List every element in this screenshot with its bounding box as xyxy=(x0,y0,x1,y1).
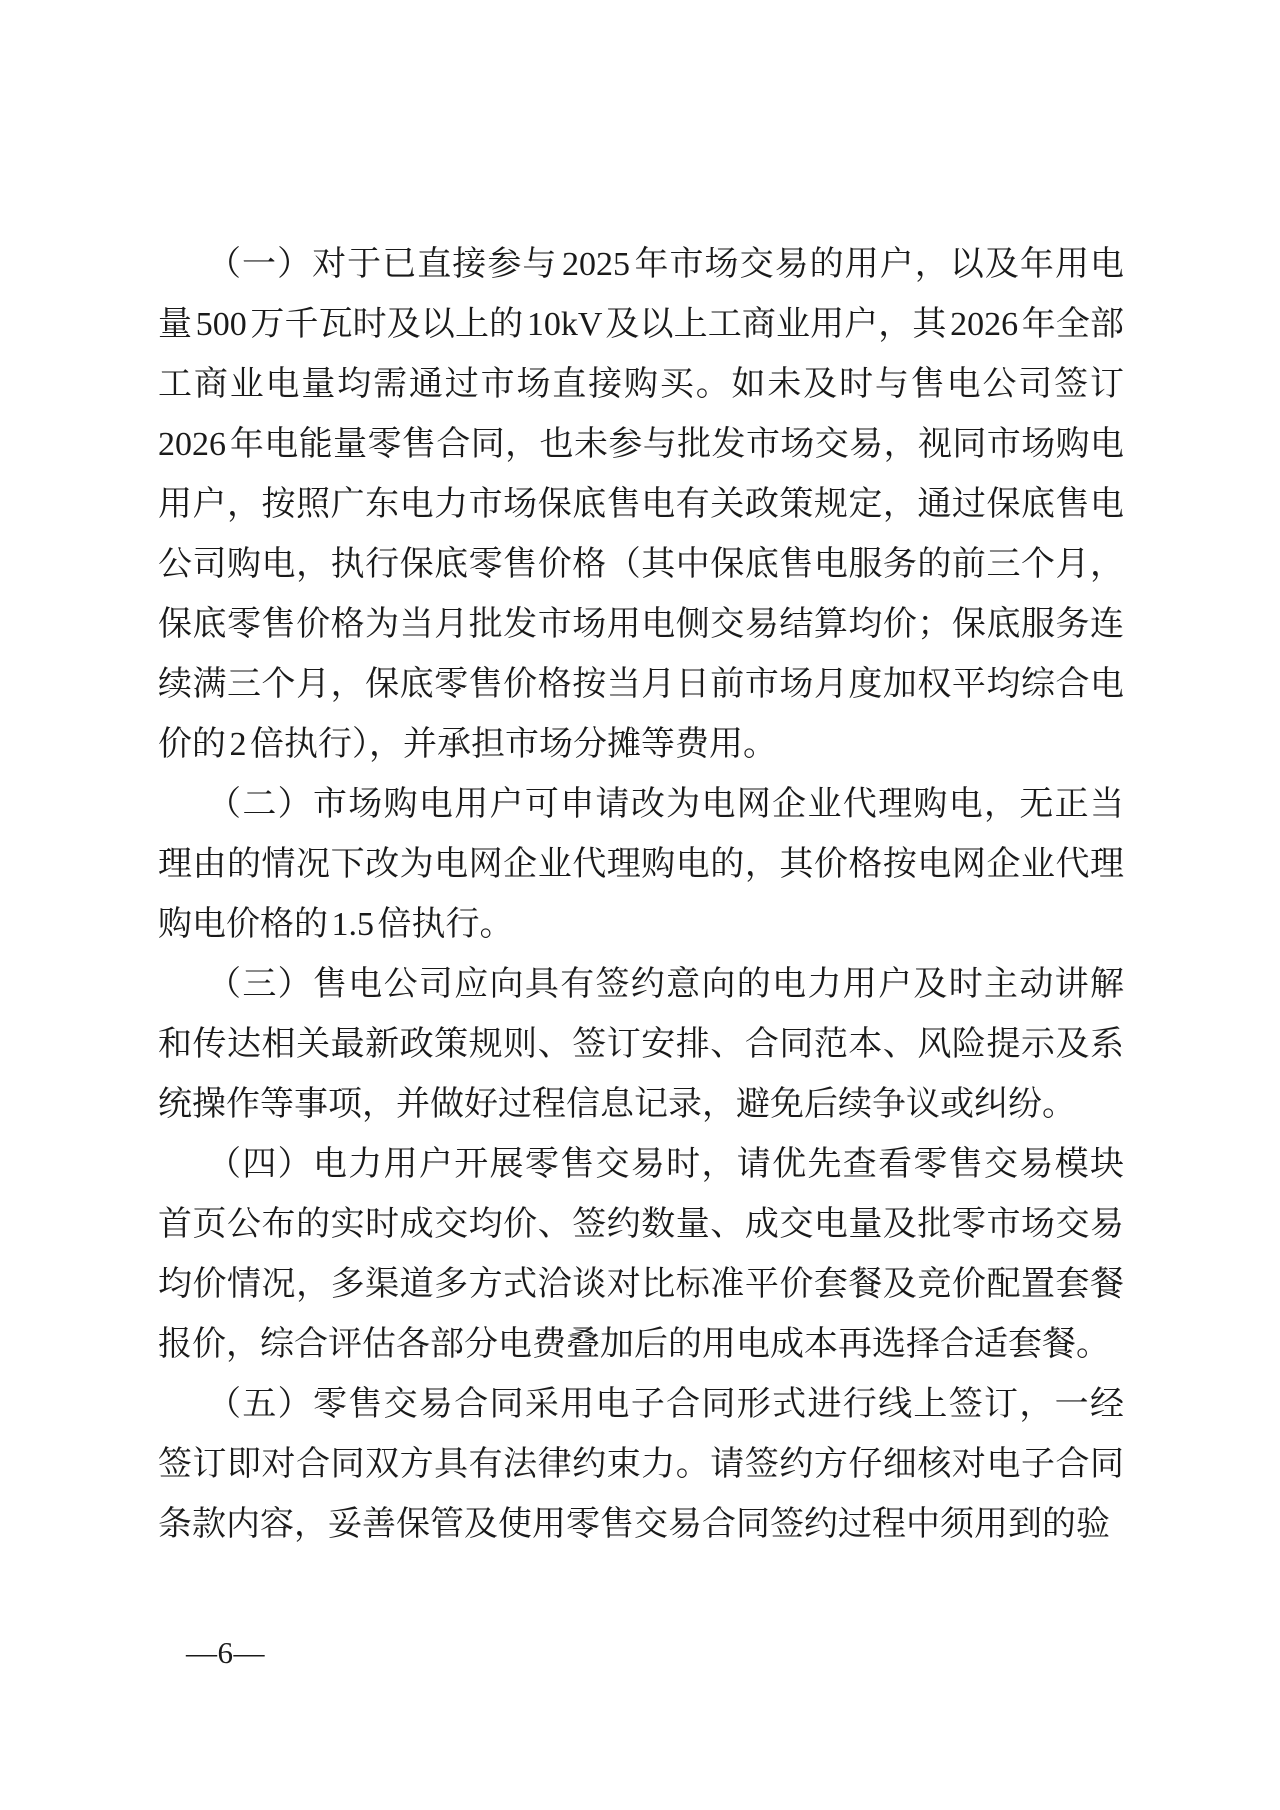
paragraph-clause-5: （五）零售交易合同采用电子合同形式进行线上签订，一经签订即对合同双方具有法律约束… xyxy=(158,1375,1124,1555)
document-body: （一）对于已直接参与 2025 年市场交易的用户，以及年用电量 500 万千瓦时… xyxy=(158,235,1124,1555)
text-line: 工商业电量均需通过市场直接购买。如未及时与售电公司签订 xyxy=(158,355,1124,415)
text-line: 均价情况，多渠道多方式洽谈对比标准平价套餐及竞价配置套餐 xyxy=(158,1255,1124,1315)
text-line: 理由的情况下改为电网企业代理购电的，其价格按电网企业代理 xyxy=(158,835,1124,895)
paragraph-clause-1: （一）对于已直接参与 2025 年市场交易的用户，以及年用电量 500 万千瓦时… xyxy=(158,235,1124,775)
paragraph-clause-2: （二）市场购电用户可申请改为电网企业代理购电，无正当理由的情况下改为电网企业代理… xyxy=(158,775,1124,955)
text-line: 首页公布的实时成交均价、签约数量、成交电量及批零市场交易 xyxy=(158,1195,1124,1255)
text-line: 条款内容，妥善保管及使用零售交易合同签约过程中须用到的验 xyxy=(158,1495,1124,1555)
text-line: 价的 2 倍执行），并承担市场分摊等费用。 xyxy=(158,715,1124,775)
text-line: 统操作等事项，并做好过程信息记录，避免后续争议或纠纷。 xyxy=(158,1075,1124,1135)
text-line: 公司购电，执行保底零售价格（其中保底售电服务的前三个月， xyxy=(158,535,1124,595)
text-line: 和传达相关最新政策规则、签订安排、合同范本、风险提示及系 xyxy=(158,1015,1124,1075)
text-line: 保底零售价格为当月批发市场用电侧交易结算均价；保底服务连 xyxy=(158,595,1124,655)
text-line: 2026 年电能量零售合同，也未参与批发市场交易，视同市场购电 xyxy=(158,415,1124,475)
page-number: —6— xyxy=(186,1629,265,1677)
text-line: （四）电力用户开展零售交易时，请优先查看零售交易模块 xyxy=(158,1135,1124,1195)
text-line: 用户，按照广东电力市场保底售电有关政策规定，通过保底售电 xyxy=(158,475,1124,535)
text-line: （二）市场购电用户可申请改为电网企业代理购电，无正当 xyxy=(158,775,1124,835)
text-line: 签订即对合同双方具有法律约束力。请签约方仔细核对电子合同 xyxy=(158,1435,1124,1495)
text-line: （三）售电公司应向具有签约意向的电力用户及时主动讲解 xyxy=(158,955,1124,1015)
text-line: 报价，综合评估各部分电费叠加后的用电成本再选择合适套餐。 xyxy=(158,1315,1124,1375)
paragraph-clause-4: （四）电力用户开展零售交易时，请优先查看零售交易模块首页公布的实时成交均价、签约… xyxy=(158,1135,1124,1375)
text-line: （一）对于已直接参与 2025 年市场交易的用户，以及年用电 xyxy=(158,235,1124,295)
document-page: （一）对于已直接参与 2025 年市场交易的用户，以及年用电量 500 万千瓦时… xyxy=(0,0,1280,1810)
paragraph-clause-3: （三）售电公司应向具有签约意向的电力用户及时主动讲解和传达相关最新政策规则、签订… xyxy=(158,955,1124,1135)
text-line: 量 500 万千瓦时及以上的 10kV 及以上工商业用户，其 2026 年全部 xyxy=(158,295,1124,355)
text-line: （五）零售交易合同采用电子合同形式进行线上签订，一经 xyxy=(158,1375,1124,1435)
text-line: 续满三个月，保底零售价格按当月日前市场月度加权平均综合电 xyxy=(158,655,1124,715)
text-line: 购电价格的 1.5 倍执行。 xyxy=(158,895,1124,955)
